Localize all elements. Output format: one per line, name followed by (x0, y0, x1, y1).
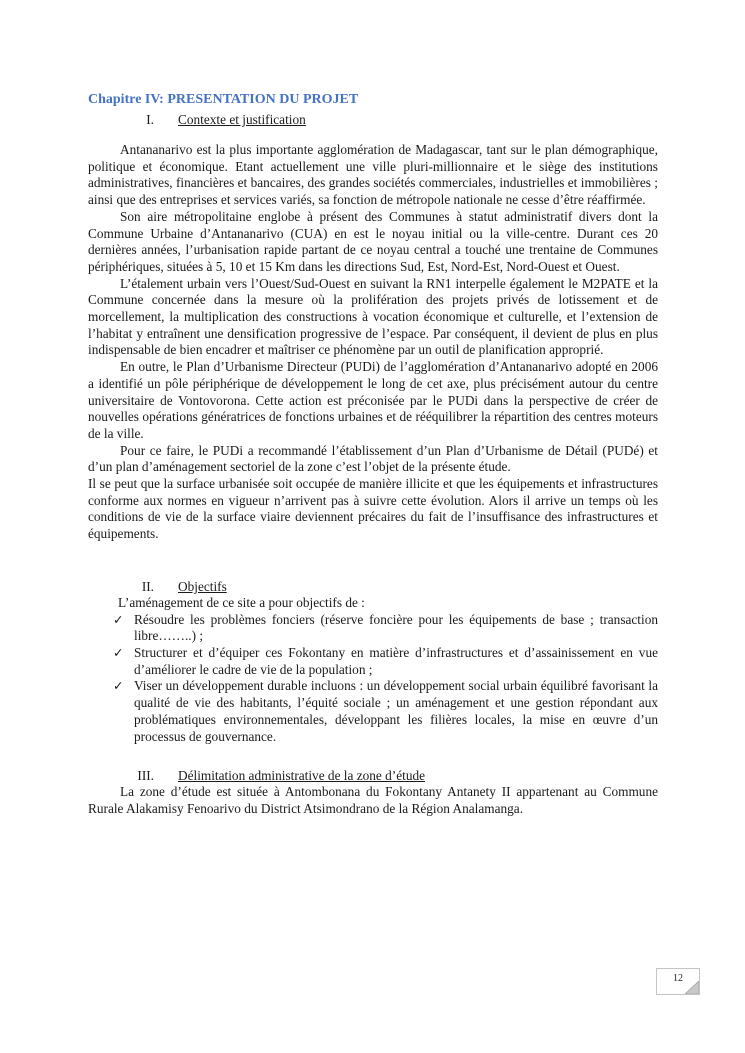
page-content: Chapitre IV: PRESENTATION DU PROJET I. C… (88, 91, 658, 818)
paragraph-context-1: Antananarivo est la plus importante aggl… (88, 142, 658, 209)
paragraph-context-5: Pour ce faire, le PUDi a recommandé l’ét… (88, 443, 658, 476)
objective-text: Résoudre les problèmes fonciers (réserve… (134, 612, 658, 644)
folded-corner-icon (685, 981, 699, 994)
section-heading-2: II. Objectifs (88, 578, 658, 595)
paragraph-context-3: L’étalement urbain vers l’Ouest/Sud-Oues… (88, 276, 658, 360)
objective-text: Structurer et d’équiper ces Fokontany en… (134, 645, 658, 677)
paragraph-context-6: Il se peut que la surface urbanisée soit… (88, 476, 658, 543)
objective-item-3: ✓ Viser un développement durable incluon… (88, 678, 658, 745)
paragraph-context-2: Son aire métropolitaine englobe à présen… (88, 209, 658, 276)
paragraph-context-4: En outre, le Plan d’Urbanisme Directeur … (88, 359, 658, 443)
objective-item-1: ✓ Résoudre les problèmes fonciers (réser… (88, 612, 658, 645)
checkmark-icon: ✓ (113, 678, 123, 695)
section-heading-3: III. Délimitation administrative de la z… (88, 767, 658, 784)
paragraph-delimitation: La zone d’étude est située à Antombonana… (88, 784, 658, 817)
section-title: Contexte et justification (178, 111, 306, 128)
section-number: II. (88, 578, 154, 595)
document-page: Chapitre IV: PRESENTATION DU PROJET I. C… (0, 0, 745, 1053)
section-number: III. (88, 767, 154, 784)
checkmark-icon: ✓ (113, 612, 123, 629)
page-number-box: 12 (656, 968, 700, 995)
section-heading-1: I. Contexte et justification (88, 111, 658, 128)
checkmark-icon: ✓ (113, 645, 123, 662)
section-title: Délimitation administrative de la zone d… (178, 767, 425, 784)
objectives-intro: L’aménagement de ce site a pour objectif… (88, 595, 658, 612)
section-number: I. (88, 111, 154, 128)
section-title: Objectifs (178, 578, 227, 595)
objective-item-2: ✓ Structurer et d’équiper ces Fokontany … (88, 645, 658, 678)
chapter-title: Chapitre IV: PRESENTATION DU PROJET (88, 91, 658, 108)
objective-text: Viser un développement durable incluons … (134, 678, 658, 743)
